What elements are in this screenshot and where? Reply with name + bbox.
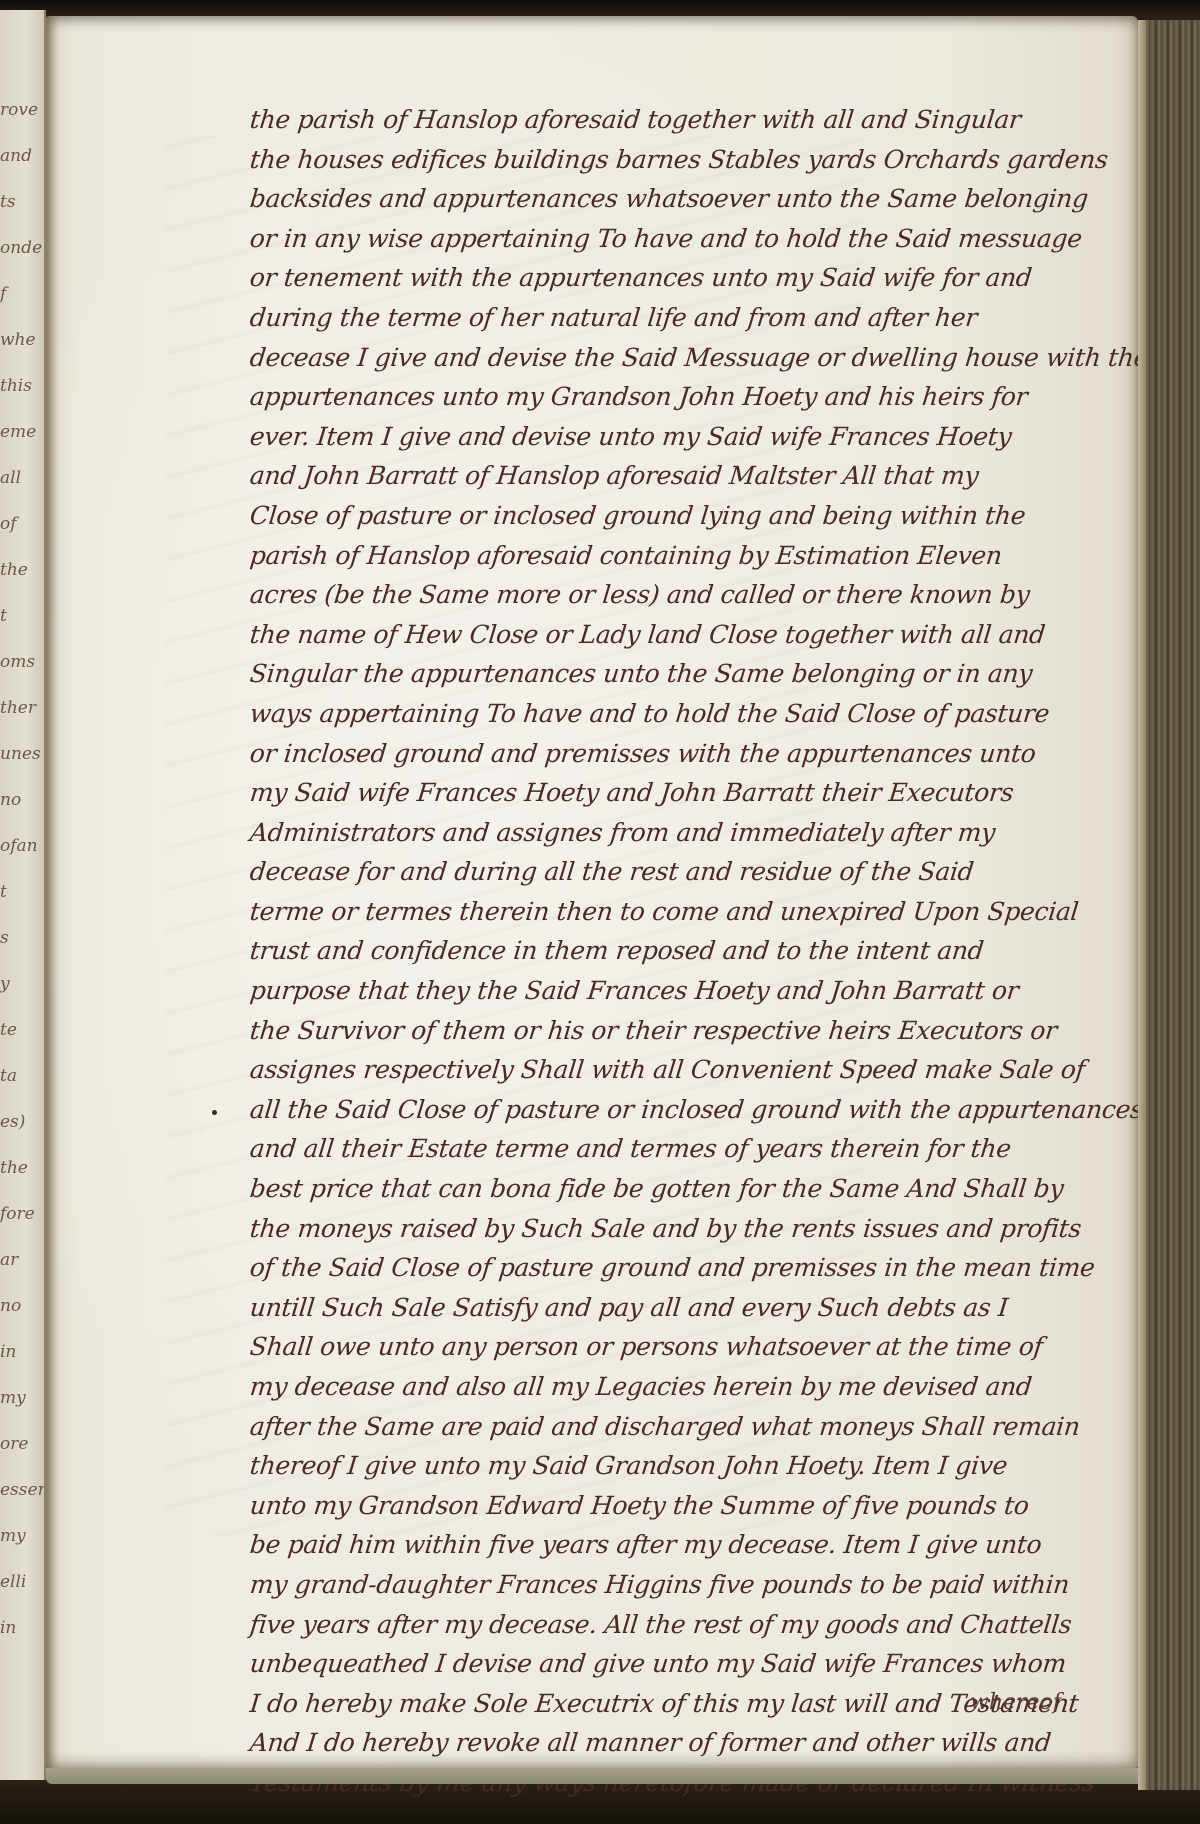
facing-page-fragment: ar bbox=[0, 1250, 18, 1270]
facing-page-fragment: ts bbox=[0, 192, 16, 212]
manuscript-line: five years after my decease. All the res… bbox=[248, 1605, 1102, 1645]
manuscript-line: ways appertaining To have and to hold th… bbox=[248, 694, 1102, 734]
facing-page-fragment: s bbox=[0, 928, 9, 948]
facing-page-margin: roveandtsondefwhethisemeallofthetomsther… bbox=[0, 10, 46, 1780]
manuscript-line: and John Barratt of Hanslop aforesaid Ma… bbox=[248, 456, 1102, 496]
facing-page-fragment: of bbox=[0, 514, 17, 534]
facing-page-fragment: ther bbox=[0, 698, 36, 718]
ink-speck bbox=[212, 1110, 217, 1115]
facing-page-fragment: the bbox=[0, 560, 28, 580]
facing-page-fragment: the bbox=[0, 1158, 28, 1178]
manuscript-line: And I do hereby revoke all manner of for… bbox=[248, 1723, 1102, 1763]
manuscript-line: during the terme of her natural life and… bbox=[248, 298, 1102, 338]
facing-page-fragment: f bbox=[0, 284, 6, 304]
facing-page-fragment: my bbox=[0, 1526, 26, 1546]
facing-page-fragment: unes bbox=[0, 744, 41, 764]
manuscript-line: or inclosed ground and premisses with th… bbox=[248, 734, 1102, 774]
facing-page-fragment: esser bbox=[0, 1480, 46, 1500]
manuscript-line: acres (be the Same more or less) and cal… bbox=[248, 575, 1102, 615]
facing-page-fragment: fore bbox=[0, 1204, 35, 1224]
facing-page-fragment: y bbox=[0, 974, 10, 994]
facing-page-fragment: my bbox=[0, 1388, 26, 1408]
facing-page-fragment: oms bbox=[0, 652, 35, 672]
manuscript-line: be paid him within five years after my d… bbox=[248, 1525, 1102, 1565]
manuscript-line: the moneys raised by Such Sale and by th… bbox=[248, 1209, 1102, 1249]
manuscript-line: my Said wife Frances Hoety and John Barr… bbox=[248, 773, 1102, 813]
facing-page-fragment: no bbox=[0, 790, 21, 810]
manuscript-line: best price that can bona fide be gotten … bbox=[248, 1169, 1102, 1209]
manuscript-line: appurtenances unto my Grandson John Hoet… bbox=[248, 377, 1102, 417]
manuscript-line: or tenement with the appurtenances unto … bbox=[248, 258, 1102, 298]
manuscript-line: thereof I give unto my Said Grandson Joh… bbox=[248, 1446, 1102, 1486]
manuscript-line: or in any wise appertaining To have and … bbox=[248, 219, 1102, 259]
page-bottom-edge bbox=[46, 1768, 1146, 1784]
manuscript-line: decease for and during all the rest and … bbox=[248, 852, 1102, 892]
facing-page-fragment: elli bbox=[0, 1572, 26, 1592]
manuscript-line: after the Same are paid and discharged w… bbox=[248, 1407, 1102, 1447]
manuscript-line: unbequeathed I devise and give unto my S… bbox=[248, 1644, 1102, 1684]
facing-page-fragment: in bbox=[0, 1618, 16, 1638]
facing-page-fragment: te bbox=[0, 1020, 17, 1040]
manuscript-line: trust and confidence in them reposed and… bbox=[248, 931, 1102, 971]
manuscript-line: the Survivor of them or his or their res… bbox=[248, 1011, 1102, 1051]
manuscript-line: purpose that they the Said Frances Hoety… bbox=[248, 971, 1102, 1011]
facing-page-fragment: whe bbox=[0, 330, 36, 350]
manuscript-line: my grand-daughter Frances Higgins five p… bbox=[248, 1565, 1102, 1605]
facing-page-fragment: all bbox=[0, 468, 21, 488]
manuscript-line: backsides and appurtenances whatsoever u… bbox=[248, 179, 1102, 219]
manuscript-line: terme or termes therein then to come and… bbox=[248, 892, 1102, 932]
catchword: whereof bbox=[970, 1690, 1061, 1715]
facing-page-fragment: no bbox=[0, 1296, 21, 1316]
facing-page-fragment: t bbox=[0, 882, 7, 902]
facing-page-fragment: ta bbox=[0, 1066, 17, 1086]
facing-page-fragment: es) bbox=[0, 1112, 25, 1132]
facing-page-fragment: ore bbox=[0, 1434, 28, 1454]
manuscript-line: assignes respectively Shall with all Con… bbox=[248, 1050, 1102, 1090]
gutter-shadow bbox=[46, 16, 60, 1768]
manuscript-line: Shall owe unto any person or persons wha… bbox=[248, 1327, 1102, 1367]
facing-page-fragment: this bbox=[0, 376, 32, 396]
manuscript-line: untill Such Sale Satisfy and pay all and… bbox=[248, 1288, 1102, 1328]
manuscript-line: decease I give and devise the Said Messu… bbox=[248, 338, 1102, 378]
manuscript-line: my decease and also all my Legacies here… bbox=[248, 1367, 1102, 1407]
manuscript-line: ever. Item I give and devise unto my Sai… bbox=[248, 417, 1102, 457]
manuscript-line: and all their Estate terme and termes of… bbox=[248, 1129, 1102, 1169]
facing-page-fragment: onde bbox=[0, 238, 42, 258]
facing-page-fragment: and bbox=[0, 146, 32, 166]
book-fore-edge bbox=[1138, 20, 1200, 1790]
facing-page-fragment: rove bbox=[0, 100, 38, 120]
facing-page-fragment: t bbox=[0, 606, 7, 626]
manuscript-line: Singular the appurtenances unto the Same… bbox=[248, 654, 1102, 694]
manuscript-line: the name of Hew Close or Lady land Close… bbox=[248, 615, 1102, 655]
facing-page-fragment: in bbox=[0, 1342, 16, 1362]
manuscript-text: the parish of Hanslop aforesaid together… bbox=[250, 100, 1100, 1803]
facing-page-fragment: ofan bbox=[0, 836, 38, 856]
manuscript-line: of the Said Close of pasture ground and … bbox=[248, 1248, 1102, 1288]
manuscript-line: the houses edifices buildings barnes Sta… bbox=[248, 140, 1102, 180]
manuscript-line: Close of pasture or inclosed ground lyin… bbox=[248, 496, 1102, 536]
facing-page-fragment: eme bbox=[0, 422, 36, 442]
manuscript-line: parish of Hanslop aforesaid containing b… bbox=[248, 536, 1102, 576]
manuscript-line: unto my Grandson Edward Hoety the Summe … bbox=[248, 1486, 1102, 1526]
manuscript-line: all the Said Close of pasture or inclose… bbox=[248, 1090, 1102, 1130]
manuscript-line: the parish of Hanslop aforesaid together… bbox=[248, 100, 1102, 140]
book-photo: roveandtsondefwhethisemeallofthetomsther… bbox=[0, 0, 1200, 1824]
manuscript-line: Administrators and assignes from and imm… bbox=[248, 813, 1102, 853]
